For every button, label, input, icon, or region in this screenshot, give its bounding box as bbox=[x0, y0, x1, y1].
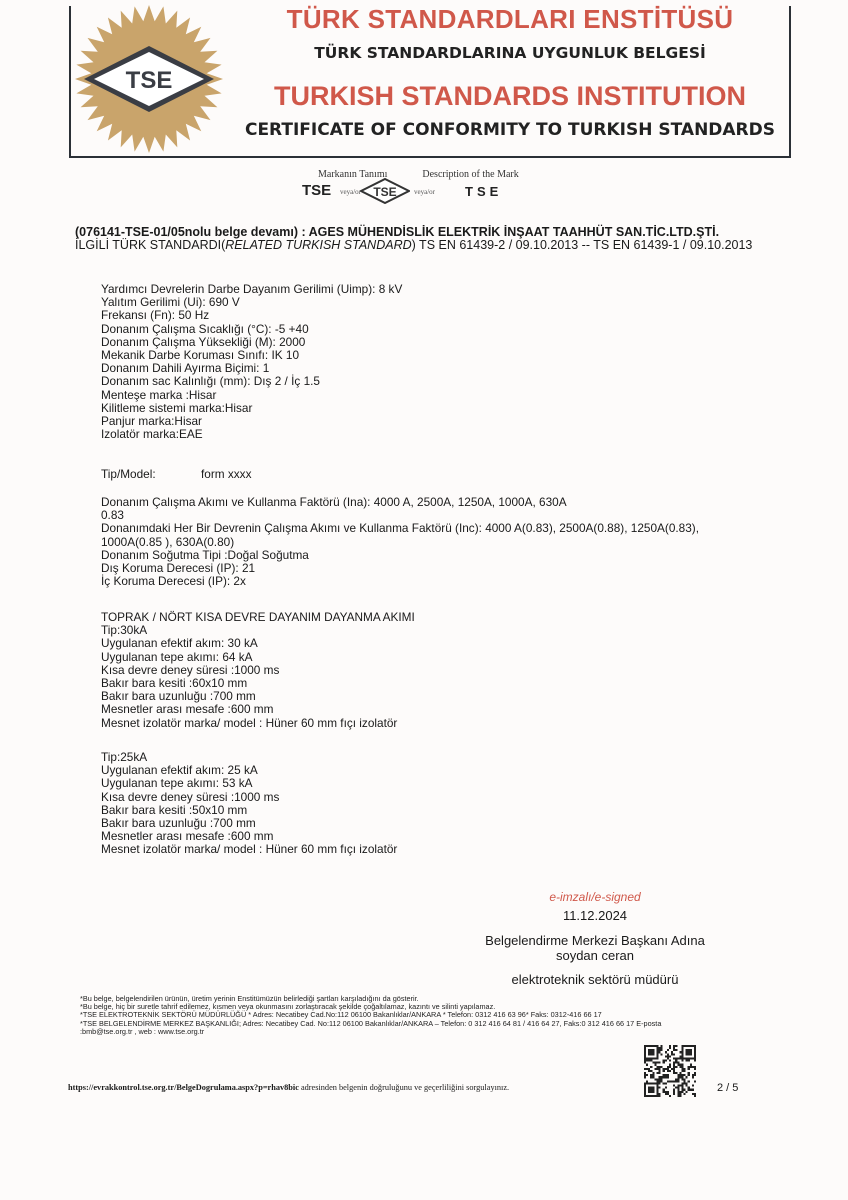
certificate-title-en: CERTIFICATE OF CONFORMITY TO TURKISH STA… bbox=[230, 120, 790, 140]
tip-model-label: Tip/Model: bbox=[101, 467, 156, 481]
text-line: Uygulanan tepe akımı: 64 kA bbox=[101, 651, 415, 664]
tip-model-value: form xxxx bbox=[201, 467, 251, 481]
text-line: Bakır bara kesiti :50x10 mm bbox=[101, 804, 397, 817]
text-line: Donanım sac Kalınlığı (mm): Dış 2 / İç 1… bbox=[101, 375, 402, 388]
text-line: Donanımdaki Her Bir Devrenin Çalışma Akı… bbox=[101, 522, 699, 535]
certificate-title-tr: TÜRK STANDARDLARINA UYGUNLUK BELGESİ bbox=[230, 44, 790, 62]
text-line: Kısa devre deney süresi :1000 ms bbox=[101, 664, 415, 677]
text-line: Kilitleme sistemi marka:Hisar bbox=[101, 402, 402, 415]
text-line: Mesnetler arası mesafe :600 mm bbox=[101, 703, 415, 716]
signature-date: 11.12.2024 bbox=[460, 908, 730, 923]
ratings-list: Donanım Çalışma Akımı ve Kullanma Faktör… bbox=[101, 496, 699, 588]
text-line: İç Koruma Derecesi (IP): 2x bbox=[101, 575, 699, 588]
text-line: :bmb@tse.org.tr , web : www.tse.org.tr bbox=[80, 1028, 661, 1036]
text-line: Donanım Soğutma Tipi :Doğal Soğutma bbox=[101, 549, 699, 562]
text-line: Kısa devre deney süresi :1000 ms bbox=[101, 791, 397, 804]
text-line: Izolatör marka:EAE bbox=[101, 428, 402, 441]
or-label: veya/or bbox=[414, 188, 435, 196]
mark-text-tse: TSE bbox=[302, 182, 331, 199]
text-line: Uygulanan efektif akım: 30 kA bbox=[101, 637, 415, 650]
related-standard: İLGİLİ TÜRK STANDARDI(RELATED TURKISH ST… bbox=[75, 238, 752, 252]
verification-url[interactable]: https://evrakkontrol.tse.org.tr/BelgeDog… bbox=[68, 1083, 299, 1092]
tse-logo-icon: TSE bbox=[74, 4, 224, 154]
mark-stylized-tse: TSE bbox=[465, 184, 502, 199]
footnotes: *Bu belge, belgelendirilen ürünün, üreti… bbox=[80, 995, 661, 1036]
signatory-title: elektroteknik sektörü müdürü bbox=[460, 972, 730, 987]
e-signed-label: e-imzalı/e-signed bbox=[460, 890, 730, 904]
text-line: Mesnet izolatör marka/ model : Hüner 60 … bbox=[101, 843, 397, 856]
svg-text:TSE: TSE bbox=[126, 67, 173, 94]
text-line: Menteşe marka :Hisar bbox=[101, 389, 402, 402]
qr-code-icon[interactable] bbox=[644, 1045, 696, 1097]
text-line: Mesnet izolatör marka/ model : Hüner 60 … bbox=[101, 717, 415, 730]
signature-role: Belgelendirme Merkezi Başkanı Adına bbox=[460, 933, 730, 948]
signatory-name: soydan ceran bbox=[460, 948, 730, 963]
short-circuit-30ka-list: TOPRAK / NÖRT KISA DEVRE DAYANIM DAYANMA… bbox=[101, 611, 415, 730]
text-line: 1000A(0.85 ), 630A(0.80) bbox=[101, 536, 699, 549]
tip-model: Tip/Model: form xxxx bbox=[101, 467, 156, 481]
institute-title-en: TURKISH STANDARDS INSTITUTION bbox=[230, 81, 790, 112]
text-line: Donanım Çalışma Akımı ve Kullanma Faktör… bbox=[101, 496, 699, 509]
svg-text:TSE: TSE bbox=[373, 185, 396, 199]
mark-variants: TSE veya/or TSE veya/or TSE bbox=[302, 178, 542, 204]
specs-list: Yardımcı Devrelerin Darbe Dayanım Gerili… bbox=[101, 283, 402, 441]
institute-title-tr: TÜRK STANDARDLARI ENSTİTÜSÜ bbox=[230, 4, 790, 35]
text-line: Donanım Çalışma Sıcaklığı (°C): -5 +40 bbox=[101, 323, 402, 336]
page-number: 2 / 5 bbox=[717, 1082, 738, 1094]
text-line: Frekansı (Fn): 50 Hz bbox=[101, 309, 402, 322]
verification-line: https://evrakkontrol.tse.org.tr/BelgeDog… bbox=[68, 1083, 509, 1092]
certificate-reference: (076141-TSE-01/05nolu belge devamı) : AG… bbox=[75, 225, 719, 239]
or-label: veya/or bbox=[340, 188, 361, 196]
short-circuit-25ka-list: Tip:25kAUygulanan efektif akım: 25 kAUyg… bbox=[101, 751, 397, 857]
tse-diamond-mark-icon: TSE bbox=[360, 178, 410, 204]
text-line: TOPRAK / NÖRT KISA DEVRE DAYANIM DAYANMA… bbox=[101, 611, 415, 624]
text-line: Uygulanan tepe akımı: 53 kA bbox=[101, 777, 397, 790]
text-line: Donanım Çalışma Yüksekliği (M): 2000 bbox=[101, 336, 402, 349]
